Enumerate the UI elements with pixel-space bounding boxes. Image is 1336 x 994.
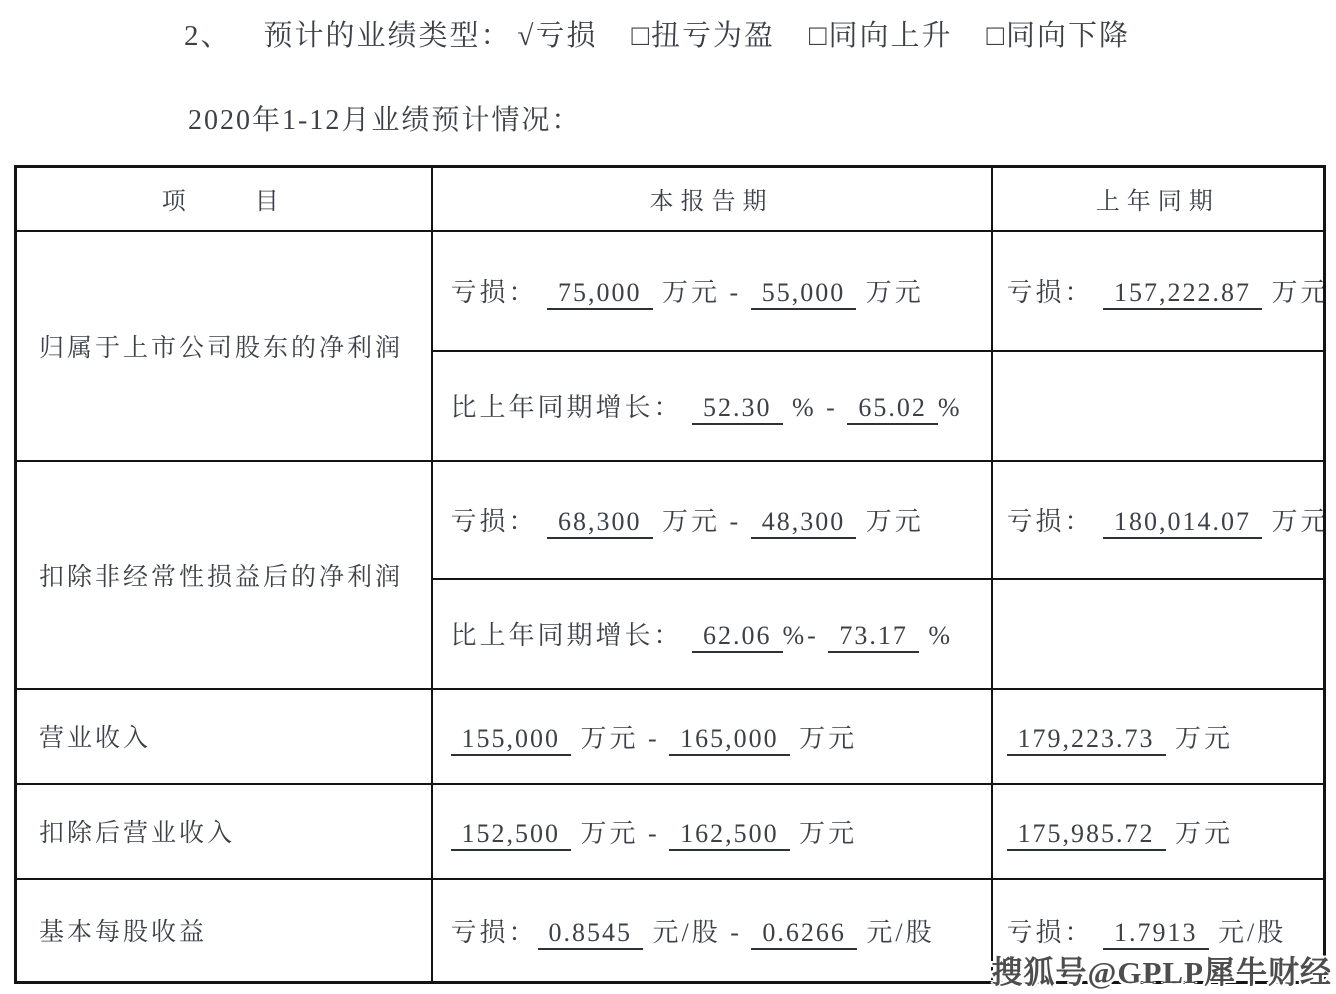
revenue-after-deduction-prior-cell: 175,985.72 万元 (992, 784, 1325, 879)
option-loss-checked: √亏损 (518, 20, 598, 52)
underlined-value: 175,985.72 (1007, 819, 1166, 851)
net-profit-excl-loss-row: 扣除非经常性损益后的净利润 亏损： 68,300 万元 - 48,300 万元 … (16, 461, 1325, 579)
text-segment: 万元 - (571, 819, 669, 848)
sohu-watermark: 搜狐号@GPLP犀牛财经 (992, 947, 1333, 992)
net-profit-growth-prior-cell-empty (992, 351, 1325, 461)
text-segment: 亏损： (451, 918, 538, 947)
text-segment: 比上年同期增长： (451, 393, 693, 422)
section-number: 2、 (184, 20, 232, 52)
net-profit-excl-growth-cell: 比上年同期增长： 62.06%- 73.17 % (432, 579, 992, 689)
revenue-current-cell: 155,000 万元 - 165,000 万元 (432, 689, 992, 784)
text-segment: 万元 (1166, 724, 1234, 753)
underlined-value: 162,500 (669, 819, 790, 851)
performance-type-options: √亏损□扭亏为盈□同向上升□同向下降 (512, 20, 1131, 52)
underlined-value: 179,223.73 (1007, 724, 1166, 756)
net-profit-excl-prior-cell: 亏损： 180,014.07 万元 (992, 461, 1325, 579)
underlined-value: 65.02 (847, 393, 938, 425)
row-label-revenue: 营业收入 (16, 689, 432, 784)
row-label-net-profit: 归属于上市公司股东的净利润 (16, 231, 432, 461)
net-profit-growth-cell: 比上年同期增长： 52.30 % - 65.02% (432, 351, 992, 461)
text-segment: 元/股 (1209, 918, 1287, 947)
underlined-value: 165,000 (669, 724, 790, 756)
option-same-direction-down-checkbox: □同向下降 (987, 20, 1131, 52)
performance-type-label: 预计的业绩类型： (264, 20, 512, 52)
table-header-row: 项 目 本报告期 上年同期 (16, 167, 1325, 231)
underlined-value: 55,000 (751, 278, 857, 310)
option-turnaround-checkbox: □扭亏为盈 (631, 20, 775, 52)
net-profit-prior-cell: 亏损： 157,222.87 万元 (992, 231, 1325, 351)
underlined-value: 0.8545 (538, 918, 644, 950)
text-segment: 万元 (1166, 819, 1234, 848)
underlined-value: 48,300 (751, 507, 857, 539)
performance-type-line: 2、预计的业绩类型：√亏损□扭亏为盈□同向上升□同向下降 (0, 0, 1336, 54)
underlined-value: 75,000 (547, 278, 653, 310)
col-header-item: 项 目 (16, 167, 432, 231)
text-segment: 亏损： (1007, 507, 1104, 536)
text-segment: % (938, 393, 963, 422)
underlined-value: 1.7913 (1103, 918, 1209, 950)
text-segment: 元/股 (857, 918, 935, 947)
net-profit-excl-current-cell: 亏损： 68,300 万元 - 48,300 万元 (432, 461, 992, 579)
forecast-table: 项 目 本报告期 上年同期 归属于上市公司股东的净利润 亏损： 75,000 万… (14, 165, 1326, 984)
text-segment: 万元 - (653, 507, 751, 536)
revenue-after-deduction-current-cell: 152,500 万元 - 162,500 万元 (432, 784, 992, 879)
underlined-value: 157,222.87 (1103, 278, 1262, 310)
eps-current-cell: 亏损：0.8545 元/股 - 0.6266 元/股 (432, 879, 992, 983)
row-label-basic-eps: 基本每股收益 (16, 879, 432, 983)
underlined-value: 52.30 (692, 393, 783, 425)
text-segment: 比上年同期增长： (451, 621, 693, 650)
revenue-row: 营业收入 155,000 万元 - 165,000 万元 179,223.73 … (16, 689, 1325, 784)
text-segment: % (919, 621, 953, 650)
underlined-value: 62.06 (692, 621, 783, 653)
underlined-value: 152,500 (451, 819, 572, 851)
text-segment: 万元 (790, 819, 858, 848)
text-segment: %- (783, 621, 829, 650)
text-segment: 万元 (856, 507, 924, 536)
net-profit-loss-row: 归属于上市公司股东的净利润 亏损： 75,000 万元 - 55,000 万元 … (16, 231, 1325, 351)
text-segment: 万元 - (571, 724, 669, 753)
text-segment: % - (783, 393, 848, 422)
document-page: 2、预计的业绩类型：√亏损□扭亏为盈□同向上升□同向下降 2020年1-12月业… (0, 0, 1336, 994)
underlined-value: 73.17 (828, 621, 919, 653)
underlined-value: 155,000 (451, 724, 572, 756)
text-segment: 亏损： (451, 278, 548, 307)
text-segment: 亏损： (451, 507, 548, 536)
text-segment: 亏损： (1007, 918, 1104, 947)
net-profit-current-cell: 亏损： 75,000 万元 - 55,000 万元 (432, 231, 992, 351)
row-label-revenue-after-deduction: 扣除后营业收入 (16, 784, 432, 879)
text-segment: 万元 (1262, 507, 1324, 536)
text-segment: 万元 (1262, 278, 1324, 307)
col-header-current-period: 本报告期 (432, 167, 992, 231)
underlined-value: 0.6266 (751, 918, 857, 950)
revenue-prior-cell: 179,223.73 万元 (992, 689, 1325, 784)
underlined-value: 68,300 (547, 507, 653, 539)
text-segment: 万元 (856, 278, 924, 307)
underlined-value: 180,014.07 (1103, 507, 1262, 539)
text-segment: 万元 (790, 724, 858, 753)
col-header-prior-period: 上年同期 (992, 167, 1325, 231)
text-segment: 万元 - (653, 278, 751, 307)
forecast-period-subtitle: 2020年1-12月业绩预计情况： (0, 98, 1336, 138)
option-same-direction-up-checkbox: □同向上升 (809, 20, 953, 52)
net-profit-excl-growth-prior-cell-empty (992, 579, 1325, 689)
revenue-after-deduction-row: 扣除后营业收入 152,500 万元 - 162,500 万元 175,985.… (16, 784, 1325, 879)
text-segment: 元/股 - (643, 918, 751, 947)
row-label-net-profit-excl-nonrecurring: 扣除非经常性损益后的净利润 (16, 461, 432, 689)
text-segment: 亏损： (1007, 278, 1104, 307)
